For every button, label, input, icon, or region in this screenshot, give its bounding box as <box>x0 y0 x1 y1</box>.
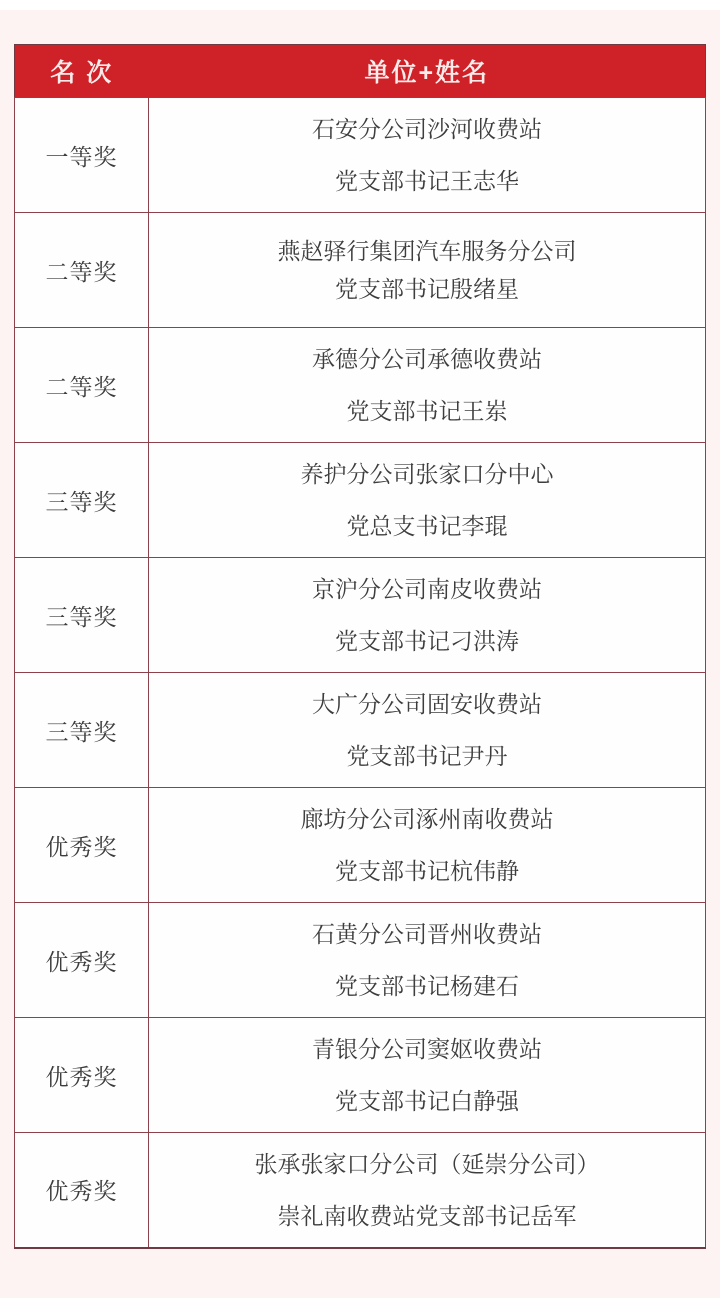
person-line: 崇礼南收费站党支部书记岳军 <box>149 1190 705 1242</box>
table-row: 三等奖 养护分公司张家口分中心 党总支书记李琨 <box>15 443 706 558</box>
person-line: 党支部书记殷绪星 <box>149 270 705 308</box>
rank-cell: 二等奖 <box>15 328 149 443</box>
table-row: 优秀奖 青银分公司窦妪收费站 党支部书记白静强 <box>15 1018 706 1133</box>
table-header-row: 名 次 单位+姓名 <box>15 45 706 98</box>
rank-cell: 三等奖 <box>15 443 149 558</box>
unit-name-cell: 石黄分公司晋州收费站 党支部书记杨建石 <box>149 903 706 1018</box>
rank-cell: 一等奖 <box>15 98 149 213</box>
table-row: 优秀奖 廊坊分公司涿州南收费站 党支部书记杭伟静 <box>15 788 706 903</box>
unit-line: 大广分公司固安收费站 <box>149 678 705 730</box>
table-row: 二等奖 燕赵驿行集团汽车服务分公司 党支部书记殷绪星 <box>15 213 706 328</box>
rank-column-header: 名 次 <box>15 45 149 98</box>
unit-name-column-header: 单位+姓名 <box>149 45 706 98</box>
unit-name-cell: 燕赵驿行集团汽车服务分公司 党支部书记殷绪星 <box>149 213 706 328</box>
rank-cell: 三等奖 <box>15 558 149 673</box>
unit-line: 承德分公司承德收费站 <box>149 333 705 385</box>
unit-line: 石黄分公司晋州收费站 <box>149 908 705 960</box>
unit-name-cell: 养护分公司张家口分中心 党总支书记李琨 <box>149 443 706 558</box>
unit-name-cell: 廊坊分公司涿州南收费站 党支部书记杭伟静 <box>149 788 706 903</box>
unit-line: 廊坊分公司涿州南收费站 <box>149 793 705 845</box>
person-line: 党支部书记尹丹 <box>149 730 705 782</box>
rank-cell: 优秀奖 <box>15 1018 149 1133</box>
unit-name-cell: 张承张家口分公司（延崇分公司） 崇礼南收费站党支部书记岳军 <box>149 1133 706 1248</box>
person-line: 党支部书记刁洪涛 <box>149 615 705 667</box>
person-line: 党支部书记王志华 <box>149 155 705 207</box>
unit-name-cell: 京沪分公司南皮收费站 党支部书记刁洪涛 <box>149 558 706 673</box>
rank-cell: 优秀奖 <box>15 903 149 1018</box>
table-row: 优秀奖 张承张家口分公司（延崇分公司） 崇礼南收费站党支部书记岳军 <box>15 1133 706 1248</box>
unit-name-cell: 承德分公司承德收费站 党支部书记王岽 <box>149 328 706 443</box>
rank-cell: 优秀奖 <box>15 788 149 903</box>
unit-line: 张承张家口分公司（延崇分公司） <box>149 1138 705 1190</box>
person-line: 党总支书记李琨 <box>149 500 705 552</box>
awards-table-container: 名 次 单位+姓名 一等奖 石安分公司沙河收费站 党支部书记王志华 二等奖 燕赵… <box>14 44 706 1249</box>
person-line: 党支部书记杭伟静 <box>149 845 705 897</box>
unit-line: 燕赵驿行集团汽车服务分公司 <box>149 232 705 270</box>
unit-line: 青银分公司窦妪收费站 <box>149 1023 705 1075</box>
table-row: 优秀奖 石黄分公司晋州收费站 党支部书记杨建石 <box>15 903 706 1018</box>
rank-cell: 优秀奖 <box>15 1133 149 1248</box>
table-body: 一等奖 石安分公司沙河收费站 党支部书记王志华 二等奖 燕赵驿行集团汽车服务分公… <box>15 98 706 1248</box>
rank-cell: 二等奖 <box>15 213 149 328</box>
person-line: 党支部书记杨建石 <box>149 960 705 1012</box>
table-row: 三等奖 大广分公司固安收费站 党支部书记尹丹 <box>15 673 706 788</box>
rank-cell: 三等奖 <box>15 673 149 788</box>
person-line: 党支部书记王岽 <box>149 385 705 437</box>
table-row: 三等奖 京沪分公司南皮收费站 党支部书记刁洪涛 <box>15 558 706 673</box>
unit-name-cell: 青银分公司窦妪收费站 党支部书记白静强 <box>149 1018 706 1133</box>
table-row: 二等奖 承德分公司承德收费站 党支部书记王岽 <box>15 328 706 443</box>
awards-table: 名 次 单位+姓名 一等奖 石安分公司沙河收费站 党支部书记王志华 二等奖 燕赵… <box>14 44 706 1249</box>
unit-line: 养护分公司张家口分中心 <box>149 448 705 500</box>
table-row: 一等奖 石安分公司沙河收费站 党支部书记王志华 <box>15 98 706 213</box>
unit-name-cell: 大广分公司固安收费站 党支部书记尹丹 <box>149 673 706 788</box>
unit-line: 石安分公司沙河收费站 <box>149 103 705 155</box>
person-line: 党支部书记白静强 <box>149 1075 705 1127</box>
unit-line: 京沪分公司南皮收费站 <box>149 563 705 615</box>
unit-name-cell: 石安分公司沙河收费站 党支部书记王志华 <box>149 98 706 213</box>
